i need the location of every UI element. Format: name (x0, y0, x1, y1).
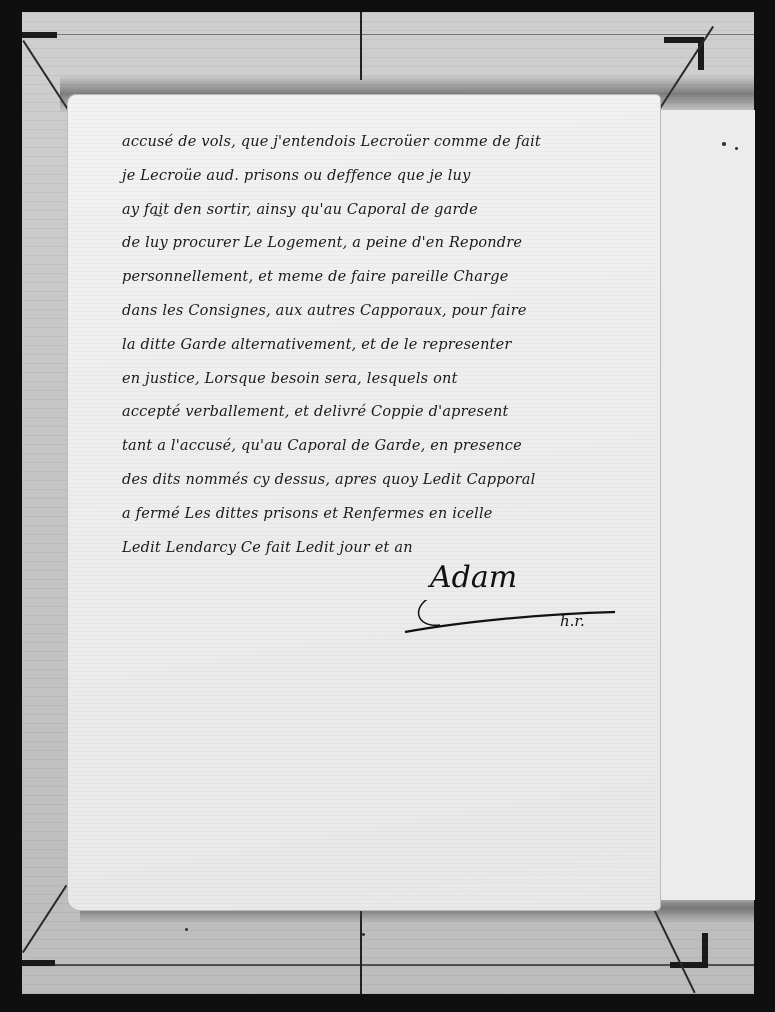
text-line-9: accepté verballement, et delivré Coppie … (122, 400, 642, 434)
text-line-10: tant a l'accusé, qu'au Caporal de Garde,… (122, 434, 642, 468)
text-line-13: Ledit Lendarcy Ce fait Ledit jour et an (122, 536, 642, 570)
text-line-12: a fermé Les dittes prisons et Renfermes … (122, 502, 642, 536)
vertical-divider-top (360, 12, 362, 80)
text-line-11: des dits nommés cy dessus, apres quoy Le… (122, 468, 642, 502)
horizontal-rule-top (22, 34, 754, 35)
text-line-6: dans les Consignes, aux autres Capporaux… (122, 299, 642, 333)
text-line-1: accusé de vols, que j'entendois Lecroüer… (122, 130, 642, 164)
text-line-2: je Lecroüe aud. prisons ou deffence que … (122, 164, 642, 198)
signature: Adam (430, 560, 517, 595)
crop-mark-top-left (22, 32, 57, 38)
diagonal-guide-bottom-left (22, 885, 67, 953)
text-line-4: de luy procurer Le Logement, a peine d'e… (122, 231, 642, 265)
crop-mark-bottom-right-v (702, 933, 708, 968)
signature-suffix: h.r. (560, 612, 585, 630)
horizontal-rule-bottom (22, 964, 754, 966)
text-line-7: la ditte Garde alternativement, et de le… (122, 333, 642, 367)
text-line-8: en justice, Lorsque besoin sera, lesquel… (122, 367, 642, 401)
underlying-page-edge (648, 110, 755, 900)
text-line-3: ay fait den sortir, ainsy qu'au Caporal … (122, 198, 642, 232)
crop-mark-bottom-left (22, 960, 55, 966)
signature-flourish-icon (400, 600, 625, 640)
text-line-5: personnellement, et meme de faire pareil… (122, 265, 642, 299)
manuscript-text: accusé de vols, que j'entendois Lecroüer… (122, 130, 642, 569)
